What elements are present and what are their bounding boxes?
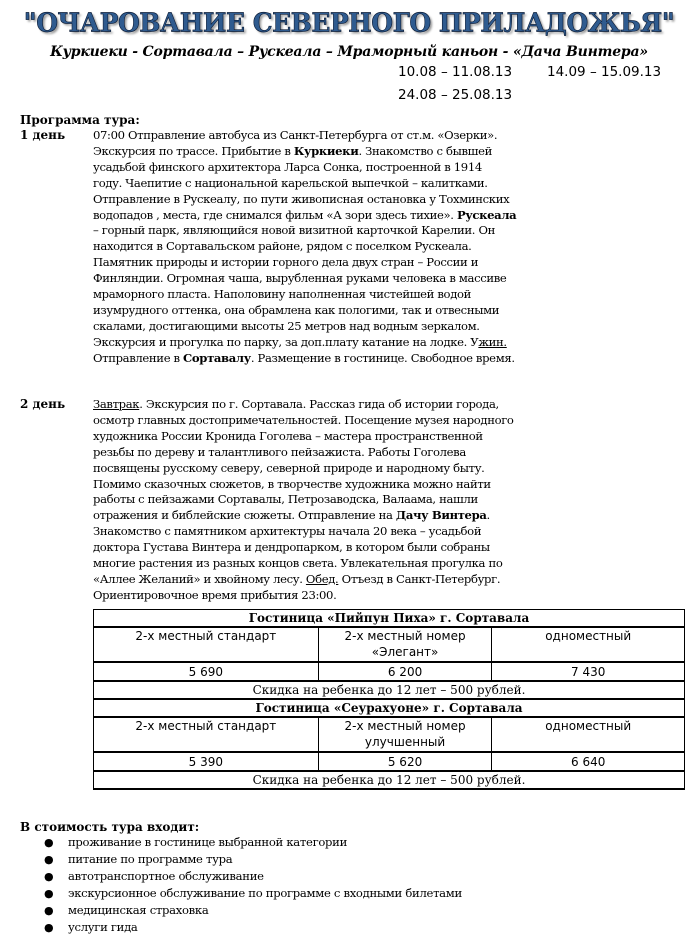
text-run: Знакомство с памятником архитектуры нача…	[93, 524, 481, 538]
text-run: Памятник природы и истории горного дела …	[93, 255, 478, 269]
day-2-label: 2 день	[20, 397, 65, 411]
day-1-description: 07:00 Отправление автобуса из Санкт-Пете…	[93, 128, 613, 367]
text-line: отражения и библейские сюжеты. Отправлен…	[93, 508, 613, 524]
includes-item: ●автотранспортное обслуживание	[0, 868, 462, 885]
program-heading: Программа тура:	[20, 113, 140, 127]
hotel-name-row: Гостиница «Сеурахуоне» г. Сортавала	[94, 699, 685, 717]
price-row: 5 6906 2007 430	[94, 662, 685, 681]
includes-item-text: проживание в гостинице выбранной категор…	[68, 835, 347, 849]
text-line: Завтрак. Экскурсия по г. Сортавала. Расс…	[93, 397, 613, 413]
text-run: резьбы по дереву и талантливого пейзажис…	[93, 445, 466, 459]
includes-item: ●проживание в гостинице выбранной катего…	[0, 834, 462, 851]
meal-mark: жин.	[478, 335, 506, 349]
text-line: – горный парк, являющийся новой визитной…	[93, 223, 613, 239]
includes-item: ●медицинская страховка	[0, 902, 462, 919]
text-line: изумрудного оттенка, она обрамлена как п…	[93, 303, 613, 319]
text-line: Экскурсия по трассе. Прибытие в Куркиеки…	[93, 144, 613, 160]
includes-item-text: услуги гида	[68, 920, 138, 934]
text-line: посвящены русскому северу, северной прир…	[93, 461, 613, 477]
text-run: водопадов , места, где снимался фильм «А…	[93, 208, 457, 222]
room-price: 6 200	[318, 662, 492, 681]
includes-heading: В стоимость тура входит:	[20, 820, 199, 834]
text-line: 07:00 Отправление автобуса из Санкт-Пете…	[93, 128, 613, 144]
text-line: водопадов , места, где снимался фильм «А…	[93, 208, 613, 224]
text-run: . Знакомство с бывшей	[358, 144, 492, 158]
day-2-description: Завтрак. Экскурсия по г. Сортавала. Расс…	[93, 397, 613, 604]
bullet-icon: ●	[44, 902, 53, 919]
includes-item: ●услуги гида	[0, 919, 462, 936]
text-line: Знакомство с памятником архитектуры нача…	[93, 524, 613, 540]
text-line: Финляндии. Огромная чаша, вырубленная ру…	[93, 271, 613, 287]
discount-row: Скидка на ребенка до 12 лет – 500 рублей…	[94, 681, 685, 699]
text-run: отражения и библейские сюжеты. Отправлен…	[93, 508, 396, 522]
text-line: работы с пейзажами Сортавалы, Петрозавод…	[93, 492, 613, 508]
text-run: многие растения из разных концов света. …	[93, 556, 502, 570]
text-run: Финляндии. Огромная чаша, вырубленная ру…	[93, 271, 506, 285]
child-discount: Скидка на ребенка до 12 лет – 500 рублей…	[94, 771, 685, 789]
text-run: Ориентировочное время прибытия 23:00.	[93, 588, 336, 602]
highlighted-place: Дачу Винтера	[396, 508, 487, 522]
room-category: одноместный	[492, 717, 685, 752]
text-run: году. Чаепитие с национальной карельской…	[93, 176, 488, 190]
text-run: работы с пейзажами Сортавалы, Петрозавод…	[93, 492, 478, 506]
highlighted-place: Рускеала	[457, 208, 516, 222]
text-run: скалами, достигающими высоты 25 метров н…	[93, 319, 480, 333]
includes-item: ●экскурсионное обслуживание по программе…	[0, 885, 462, 902]
hotel-name: Гостиница «Пийпун Пиха» г. Сортавала	[94, 610, 685, 628]
text-run: художника России Кронида Гоголева – маст…	[93, 429, 483, 443]
text-line: мраморного пласта. Наполовину наполненна…	[93, 287, 613, 303]
price-row: 5 3905 6206 640	[94, 752, 685, 771]
includes-item-text: автотранспортное обслуживание	[68, 869, 264, 883]
text-run: Помимо сказочных сюжетов, в творчестве х…	[93, 477, 491, 491]
room-category: 2-х местный стандарт	[94, 627, 319, 662]
text-run: Отъезд в Санкт-Петербург.	[338, 572, 500, 586]
text-line: Экскурсия и прогулка по парку, за доп.пл…	[93, 335, 613, 351]
text-line: многие растения из разных концов света. …	[93, 556, 613, 572]
room-category: одноместный	[492, 627, 685, 662]
bullet-icon: ●	[44, 834, 53, 851]
text-line: году. Чаепитие с национальной карельской…	[93, 176, 613, 192]
text-line: Ориентировочное время прибытия 23:00.	[93, 588, 613, 604]
text-run: находится в Сортавальском районе, рядом …	[93, 239, 471, 253]
room-price: 5 690	[94, 662, 319, 681]
text-run: 07:00 Отправление автобуса из Санкт-Пете…	[93, 128, 497, 142]
includes-item: ●питание по программе тура	[0, 851, 462, 868]
hotel-name: Гостиница «Сеурахуоне» г. Сортавала	[94, 699, 685, 717]
tour-date: 14.09 – 15.09.13	[547, 64, 661, 80]
text-run: . Экскурсия по г. Сортавала. Рассказ гид…	[139, 397, 499, 411]
room-price: 5 390	[94, 752, 319, 771]
includes-item-text: экскурсионное обслуживание по программе …	[68, 886, 462, 900]
bullet-icon: ●	[44, 851, 53, 868]
text-line: осмотр главных достопримечательностей. П…	[93, 413, 613, 429]
room-category: 2-х местный номер улучшенный	[318, 717, 492, 752]
text-line: находится в Сортавальском районе, рядом …	[93, 239, 613, 255]
hotel-prices-table: Гостиница «Пийпун Пиха» г. Сортавала2-х …	[93, 609, 685, 790]
document-title: "ОЧАРОВАНИЕ СЕВЕРНОГО ПРИЛАДОЖЬЯ"	[0, 7, 698, 37]
text-line: резьбы по дереву и талантливого пейзажис…	[93, 445, 613, 461]
includes-item-text: медицинская страховка	[68, 903, 208, 917]
tour-date: 24.08 – 25.08.13	[398, 87, 512, 103]
tour-route: Куркиеки - Сортавала – Рускеала – Мрамор…	[0, 44, 698, 60]
bullet-icon: ●	[44, 868, 53, 885]
text-line: Отправление в Сортавалу. Размещение в го…	[93, 351, 613, 367]
text-run: посвящены русскому северу, северной прир…	[93, 461, 485, 475]
text-line: доктора Густава Винтера и дендропарком, …	[93, 540, 613, 556]
room-price: 7 430	[492, 662, 685, 681]
bullet-icon: ●	[44, 919, 53, 936]
text-run: Отправление в Рускеалу, по пути живописн…	[93, 192, 509, 206]
room-price: 5 620	[318, 752, 492, 771]
discount-row: Скидка на ребенка до 12 лет – 500 рублей…	[94, 771, 685, 789]
highlighted-place: Сортавалу	[183, 351, 251, 365]
text-run: доктора Густава Винтера и дендропарком, …	[93, 540, 490, 554]
highlighted-place: Куркиеки	[294, 144, 359, 158]
meal-mark: Обед.	[306, 572, 338, 586]
text-run: мраморного пласта. Наполовину наполненна…	[93, 287, 471, 301]
includes-list: ●проживание в гостинице выбранной катего…	[0, 834, 462, 936]
text-line: «Аллее Желаний» и хвойному лесу. Обед. О…	[93, 572, 613, 588]
text-line: Отправление в Рускеалу, по пути живописн…	[93, 192, 613, 208]
text-run: Экскурсия по трассе. Прибытие в	[93, 144, 294, 158]
room-category: 2-х местный номер «Элегант»	[318, 627, 492, 662]
text-run: Экскурсия и прогулка по парку, за доп.пл…	[93, 335, 478, 349]
text-line: Памятник природы и истории горного дела …	[93, 255, 613, 271]
text-run: . Размещение в гостинице. Свободное врем…	[251, 351, 515, 365]
text-run: «Аллее Желаний» и хвойному лесу.	[93, 572, 306, 586]
text-line: художника России Кронида Гоголева – маст…	[93, 429, 613, 445]
room-category: 2-х местный стандарт	[94, 717, 319, 752]
tour-date: 10.08 – 11.08.13	[398, 64, 512, 80]
room-category-row: 2-х местный стандарт2-х местный номер «Э…	[94, 627, 685, 662]
hotel-name-row: Гостиница «Пийпун Пиха» г. Сортавала	[94, 610, 685, 628]
text-run: осмотр главных достопримечательностей. П…	[93, 413, 514, 427]
meal-mark: Завтрак	[93, 397, 139, 411]
text-run: изумрудного оттенка, она обрамлена как п…	[93, 303, 499, 317]
text-run: – горный парк, являющийся новой визитной…	[93, 223, 495, 237]
text-line: скалами, достигающими высоты 25 метров н…	[93, 319, 613, 335]
room-price: 6 640	[492, 752, 685, 771]
day-1-label: 1 день	[20, 128, 65, 142]
text-line: Помимо сказочных сюжетов, в творчестве х…	[93, 477, 613, 493]
text-line: усадьбой финского архитектора Ларса Сонк…	[93, 160, 613, 176]
text-run: усадьбой финского архитектора Ларса Сонк…	[93, 160, 482, 174]
room-category-row: 2-х местный стандарт2-х местный номер ул…	[94, 717, 685, 752]
child-discount: Скидка на ребенка до 12 лет – 500 рублей…	[94, 681, 685, 699]
text-run: Отправление в	[93, 351, 183, 365]
text-run: .	[487, 508, 490, 522]
includes-item-text: питание по программе тура	[68, 852, 232, 866]
bullet-icon: ●	[44, 885, 53, 902]
